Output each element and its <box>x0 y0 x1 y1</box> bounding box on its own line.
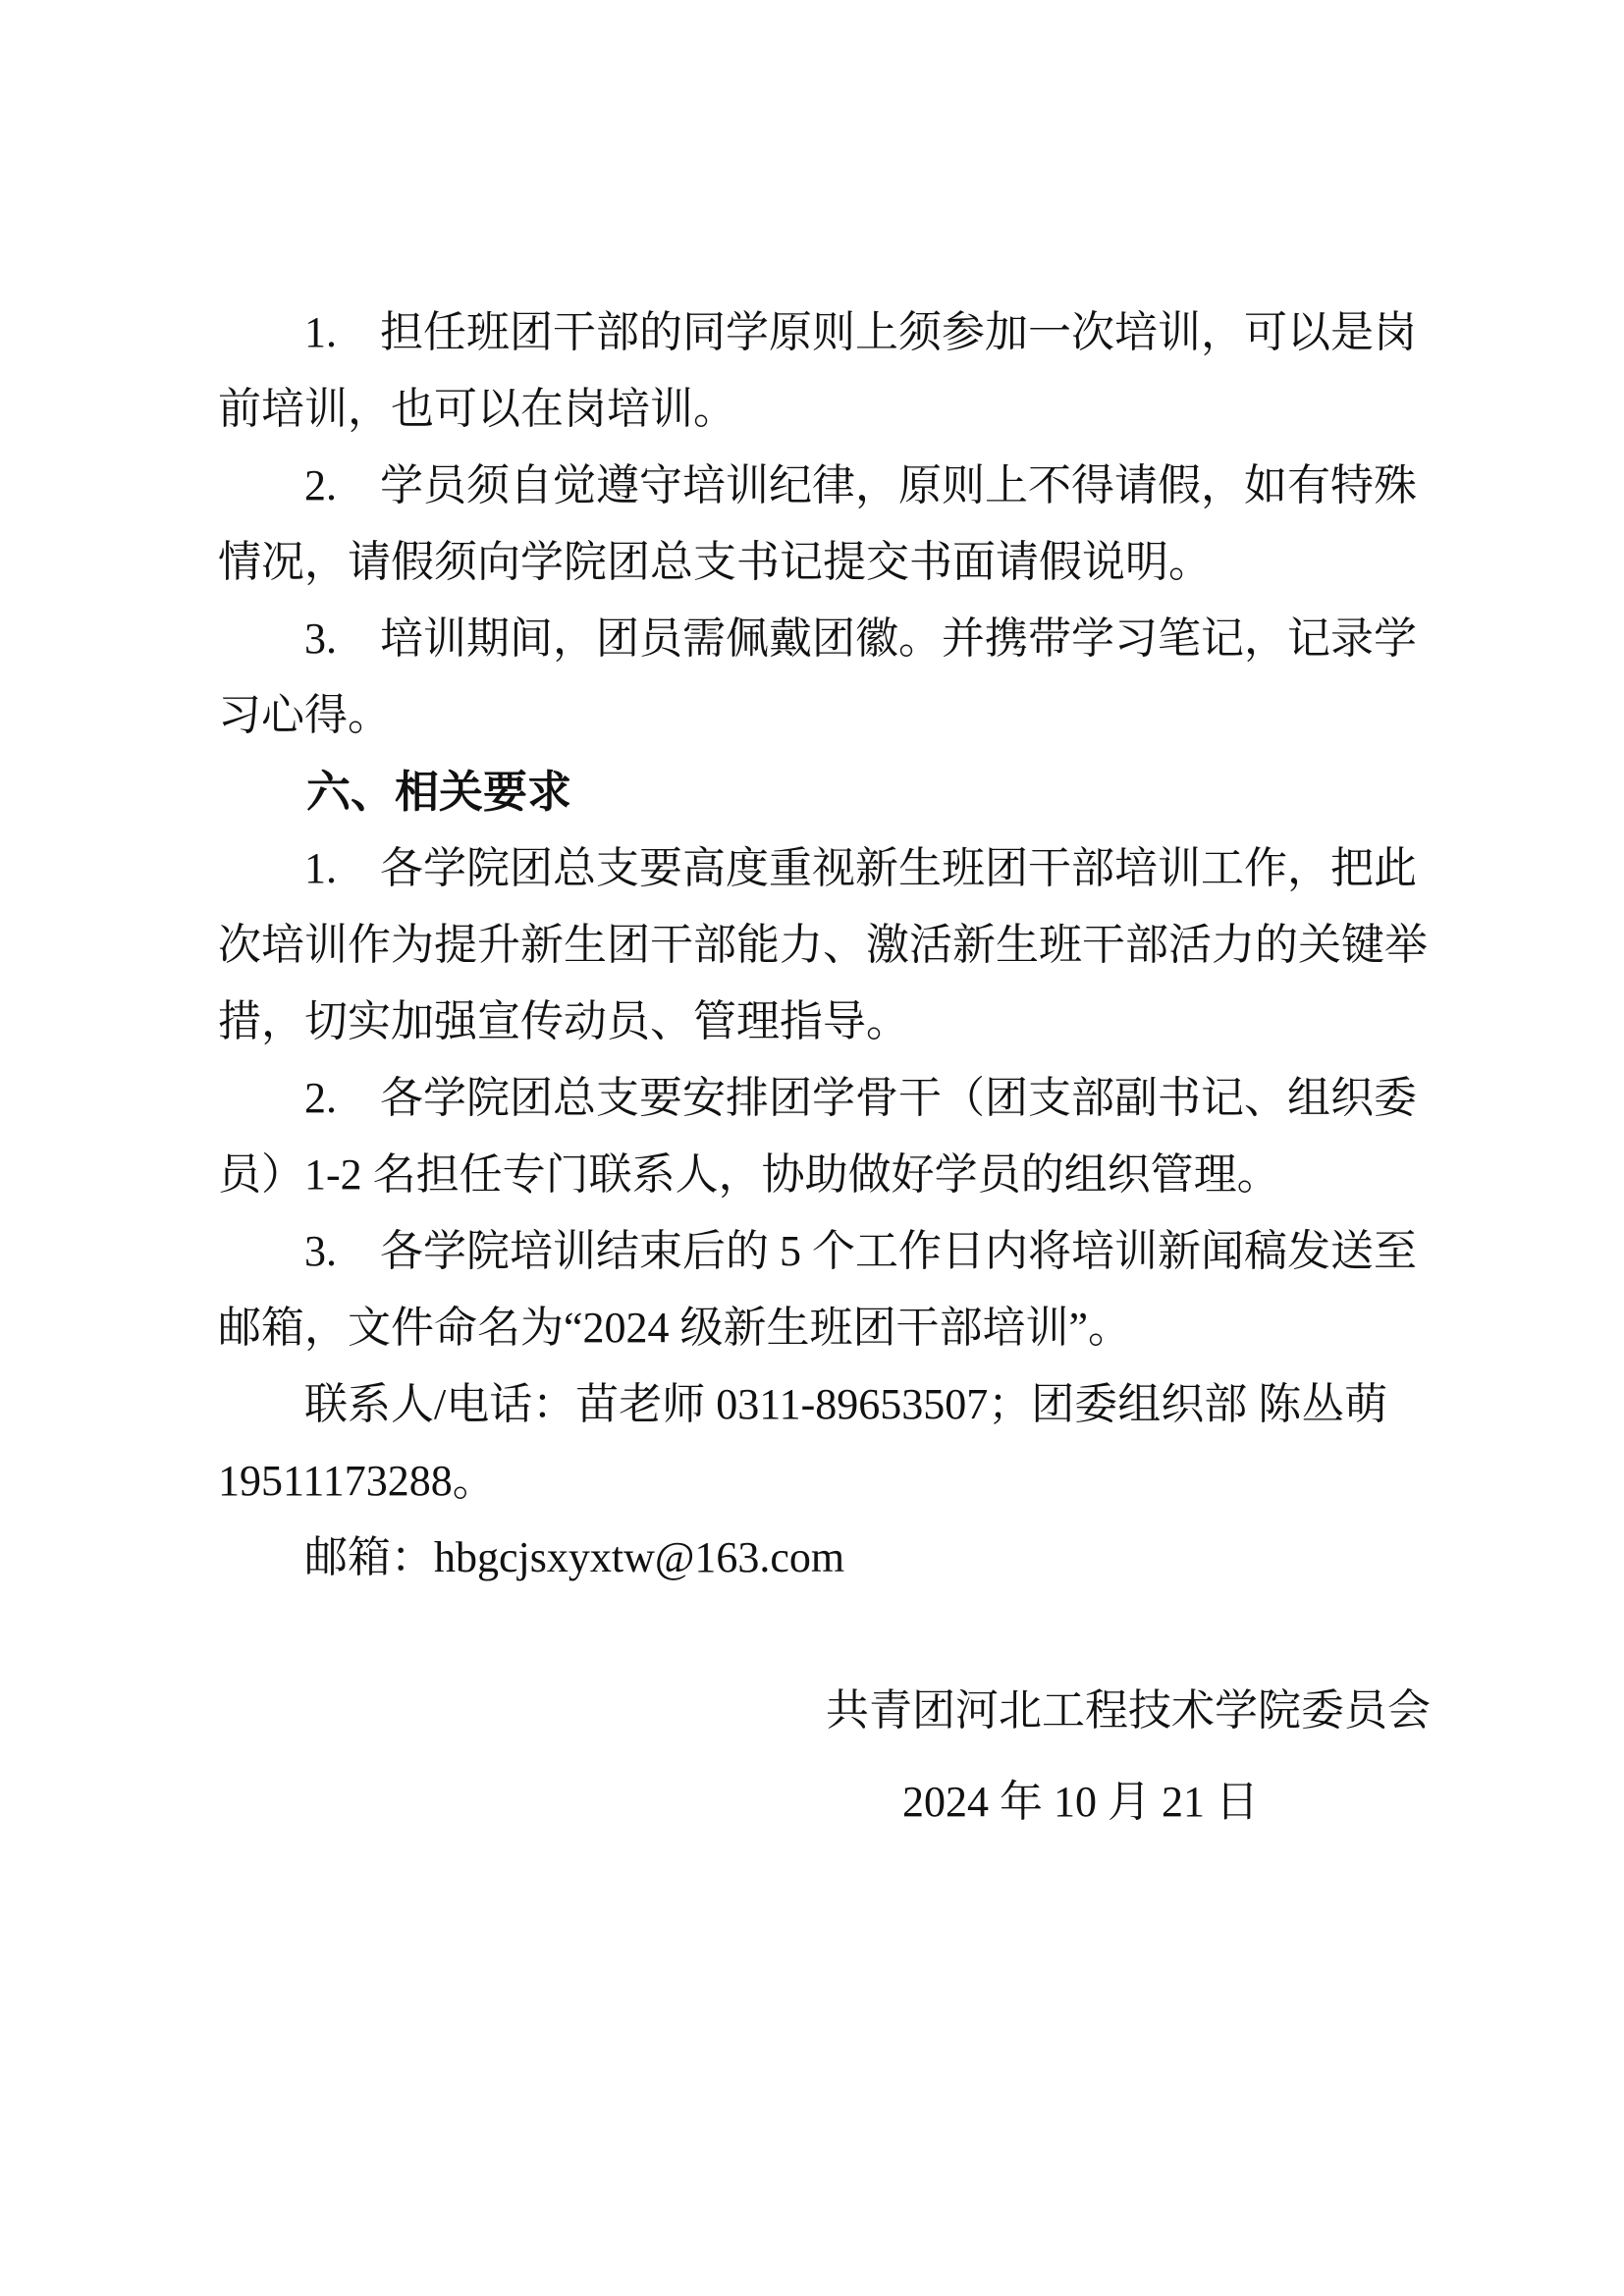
section-heading-6: 六、相关要求 <box>218 754 1494 830</box>
signature-organization: 共青团河北工程技术学院委员会 <box>218 1673 1431 1749</box>
document-page: 1. 担任班团干部的同学原则上须参加一次培训，可以是岗 前培训，也可以在岗培训。… <box>0 0 1624 2296</box>
paragraph-contact: 联系人/电话：苗老师 0311-89653507；团委组织部 陈丛萌 19511… <box>218 1366 1494 1520</box>
paragraph-email: 邮箱：hbgcjsxyxtw@163.com <box>218 1520 1494 1596</box>
paragraph-requirement-2: 2. 各学院团总支要安排团学骨干（团支部副书记、组织委 员）1-2 名担任专门联… <box>218 1060 1494 1213</box>
paragraph-rule-2: 2. 学员须自觉遵守培训纪律，原则上不得请假，如有特殊 情况，请假须向学院团总支… <box>218 448 1494 601</box>
document-body: 1. 担任班团干部的同学原则上须参加一次培训，可以是岗 前培训，也可以在岗培训。… <box>218 0 1494 1841</box>
paragraph-requirement-3: 3. 各学院培训结束后的 5 个工作日内将培训新闻稿发送至 邮箱，文件命名为“2… <box>218 1213 1494 1366</box>
paragraph-rule-3: 3. 培训期间，团员需佩戴团徽。并携带学习笔记，记录学 习心得。 <box>218 601 1494 754</box>
paragraph-requirement-1: 1. 各学院团总支要高度重视新生班团干部培训工作，把此 次培训作为提升新生团干部… <box>218 830 1494 1060</box>
signature-date: 2024 年 10 月 21 日 <box>218 1764 1259 1841</box>
paragraph-rule-1: 1. 担任班团干部的同学原则上须参加一次培训，可以是岗 前培训，也可以在岗培训。 <box>218 294 1494 448</box>
